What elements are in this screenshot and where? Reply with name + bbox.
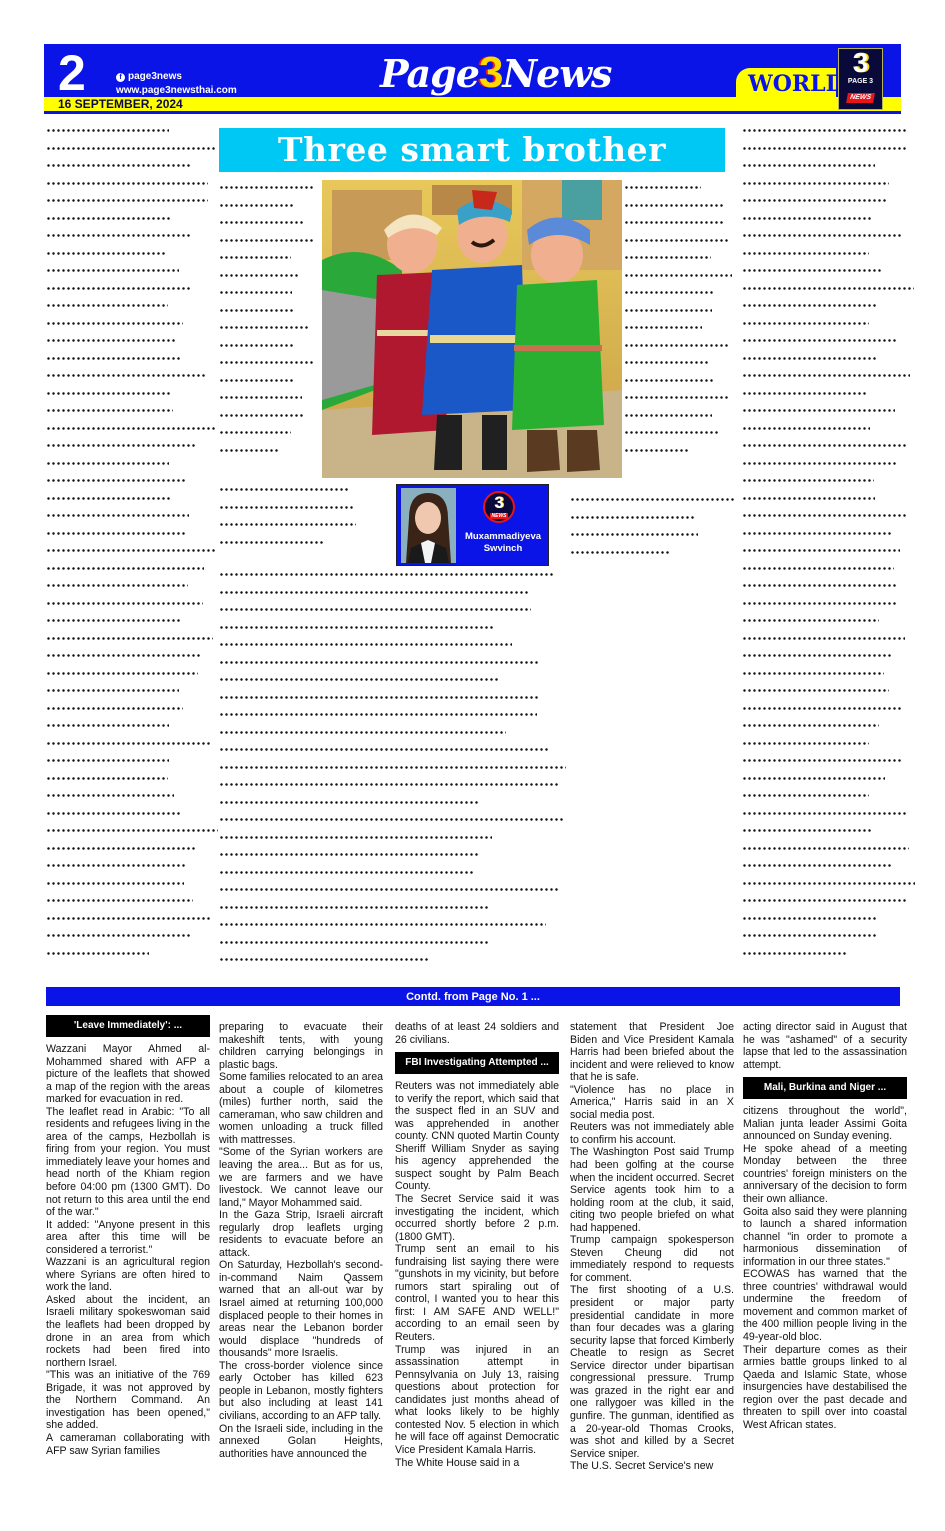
illegible-text-line — [46, 899, 193, 902]
page-number: 2 — [58, 46, 86, 100]
illegible-text-line — [219, 291, 292, 294]
subhead-mali-burkina-niger: Mali, Burkina and Niger ... — [743, 1077, 907, 1099]
illegible-text-line — [742, 217, 873, 220]
illegible-text-line — [742, 829, 873, 832]
paragraph: Wazzani Mayor Ahmed al-Mohammed shared w… — [46, 1043, 210, 1106]
illegible-text-line — [46, 654, 202, 657]
three-brothers-image — [322, 180, 622, 478]
illegible-text-line — [46, 584, 188, 587]
author-name-line2: Swvinch — [459, 543, 547, 555]
illegible-text-line — [46, 619, 182, 622]
illegible-text-line — [624, 396, 728, 399]
illegible-text-line — [742, 882, 915, 885]
illegible-text-line — [219, 731, 506, 734]
illegible-text-line — [624, 239, 730, 242]
illegible-text-line — [742, 269, 881, 272]
masthead: 2 fpage3news www.page3newsthai.com Page3… — [44, 44, 901, 114]
illegible-text-line — [624, 221, 725, 224]
illegible-text-line — [46, 567, 204, 570]
illegible-text-line — [742, 444, 907, 447]
illegible-text-line — [219, 783, 559, 786]
illegible-text-line — [46, 234, 190, 237]
paragraph: Wazzani is an agricultural region where … — [46, 1256, 210, 1294]
illegible-text-line — [742, 374, 910, 377]
illegible-text-line — [46, 952, 149, 955]
paragraph: Their departure comes as their armies ba… — [743, 1344, 907, 1432]
illegible-text-line — [46, 339, 177, 342]
illegible-text-line — [46, 304, 168, 307]
illegible-text-line — [742, 129, 907, 132]
paragraph: Trump was injured in an assassination at… — [395, 1344, 559, 1457]
illegible-text-line — [742, 899, 907, 902]
paragraph: Reuters was not immediately able to veri… — [395, 1080, 559, 1193]
illegible-text-line — [46, 777, 168, 780]
illegible-text-line — [742, 514, 908, 517]
illegible-text-line — [742, 339, 896, 342]
illegible-text-line — [46, 882, 184, 885]
illegible-text-line — [46, 164, 192, 167]
illegible-text-line — [46, 864, 187, 867]
illegible-text-column-2c — [219, 573, 569, 976]
paragraph: The U.S. Secret Service's new — [570, 1460, 734, 1473]
illegible-text-line — [46, 444, 197, 447]
paragraph: Trump campaign spokesperson Steven Cheun… — [570, 1234, 734, 1284]
page3-badge-logo: 3 PAGE 3 NEWS — [838, 48, 883, 110]
illegible-text-line — [46, 602, 203, 605]
illegible-text-column-1 — [46, 129, 218, 969]
illegible-text-line — [46, 129, 169, 132]
illegible-text-line — [624, 449, 690, 452]
illegible-text-line — [742, 322, 869, 325]
illegible-text-line — [219, 626, 495, 629]
badge-news-label: NEWS — [846, 93, 875, 103]
paragraph: It added: "Anyone present in this area a… — [46, 1219, 210, 1257]
paragraph: "This was an initiative of the 769 Briga… — [46, 1369, 210, 1432]
illegible-text-line — [219, 696, 539, 699]
social-links: fpage3news www.page3newsthai.com — [116, 70, 237, 98]
illegible-text-line — [46, 724, 169, 727]
paragraph: statement that President Joe Biden and V… — [570, 1021, 734, 1084]
illegible-text-line — [219, 379, 294, 382]
illegible-text-line — [219, 888, 560, 891]
illegible-text-line — [46, 829, 218, 832]
badge-page-label: PAGE 3 — [839, 77, 882, 86]
illegible-text-line — [742, 182, 889, 185]
illegible-text-line — [219, 801, 479, 804]
illegible-text-line — [742, 304, 876, 307]
illegible-text-line — [624, 431, 718, 434]
illegible-text-line — [46, 812, 180, 815]
illegible-text-line — [742, 689, 889, 692]
paragraph: In the Gaza Strip, Israeli aircraft regu… — [219, 1209, 383, 1259]
article-column-2: preparing to evacuate their makeshift te… — [219, 1021, 383, 1460]
illegible-text-line — [46, 479, 185, 482]
illegible-text-line — [219, 221, 305, 224]
feature-headline: Three smart brother — [278, 130, 666, 169]
logo-news-label: NEWS — [490, 513, 508, 519]
illegible-text-line — [219, 941, 490, 944]
illegible-text-line — [742, 497, 875, 500]
article-column-3: deaths of at least 24 soldiers and 26 ci… — [395, 1021, 559, 1469]
paragraph: ECOWAS has warned that the three countri… — [743, 1268, 907, 1343]
illegible-text-line — [219, 853, 480, 856]
paragraph: The Washington Post said Trump had been … — [570, 1146, 734, 1234]
illegible-text-line — [46, 707, 183, 710]
logo-number: 3 — [485, 493, 513, 513]
illegible-text-line — [742, 759, 902, 762]
article-column-4: statement that President Joe Biden and V… — [570, 1021, 734, 1473]
illegible-text-line — [219, 186, 315, 189]
illegible-text-line — [46, 759, 169, 762]
illegible-text-line — [742, 777, 885, 780]
illegible-text-line — [219, 506, 353, 509]
illegible-text-line — [46, 199, 208, 202]
paragraph: The first shooting of a U.S. president o… — [570, 1284, 734, 1460]
paragraph: Reuters was not immediately able to conf… — [570, 1121, 734, 1146]
logo-news: News — [502, 51, 611, 96]
continued-banner-text: Contd. from Page No. 1 ... — [406, 991, 540, 1003]
illegible-text-line — [46, 322, 183, 325]
illegible-text-line — [742, 479, 874, 482]
paragraph: deaths of at least 24 soldiers and 26 ci… — [395, 1021, 559, 1046]
illegible-text-line — [624, 274, 732, 277]
logo-three: 3 — [479, 48, 502, 97]
paragraph: He spoke ahead of a meeting Monday betwe… — [743, 1143, 907, 1206]
illegible-text-line — [742, 847, 909, 850]
illegible-text-line — [742, 812, 908, 815]
illegible-text-line — [219, 661, 540, 664]
illegible-text-line — [742, 654, 892, 657]
paragraph: acting director said in August that he w… — [743, 1021, 907, 1071]
illegible-text-line — [219, 204, 293, 207]
logo-page: Page — [380, 51, 479, 96]
illegible-text-line — [46, 462, 169, 465]
illegible-text-line — [624, 326, 702, 329]
illegible-text-line — [46, 689, 179, 692]
illegible-text-line — [742, 234, 902, 237]
illegible-text-line — [742, 409, 895, 412]
illegible-text-line — [219, 488, 348, 491]
illegible-text-line — [742, 742, 869, 745]
paragraph: On Saturday, Hezbollah's second-in-comma… — [219, 1259, 383, 1359]
paragraph: citizens throughout the world", Malian j… — [743, 1105, 907, 1143]
newspaper-logo: Page3News — [380, 50, 611, 97]
facebook-handle[interactable]: page3news — [128, 71, 182, 82]
paragraph: Goita also said they were planning to la… — [743, 1206, 907, 1269]
illegible-text-line — [46, 357, 180, 360]
subhead-leave-immediately: 'Leave Immediately': ... — [46, 1015, 210, 1037]
illegible-text-line — [624, 344, 730, 347]
illegible-text-line — [46, 532, 186, 535]
illegible-text-line — [219, 449, 279, 452]
issue-date: 16 SEPTEMBER, 2024 — [58, 97, 183, 111]
illegible-text-line — [624, 186, 701, 189]
illegible-text-line — [624, 309, 712, 312]
illegible-text-line — [624, 256, 711, 259]
illegible-text-line — [219, 573, 555, 576]
illegible-text-line — [219, 256, 291, 259]
illegible-text-line — [46, 409, 173, 412]
paragraph: The leaflet read in Arabic: "To all resi… — [46, 1106, 210, 1219]
section-label: WORLD — [748, 70, 845, 98]
illegible-text-column-4 — [742, 129, 918, 969]
illegible-text-line — [219, 678, 499, 681]
illegible-text-line — [219, 906, 488, 909]
illegible-text-line — [46, 497, 170, 500]
illegible-text-line — [742, 199, 886, 202]
illegible-text-line — [742, 672, 884, 675]
illegible-text-line — [46, 794, 174, 797]
illegible-text-line — [570, 498, 734, 501]
illegible-text-line — [46, 934, 192, 937]
author-photo — [401, 488, 456, 563]
illegible-text-line — [46, 392, 172, 395]
illegible-text-line — [742, 427, 870, 430]
paragraph: The cross-border violence since early Oc… — [219, 1360, 383, 1423]
illegible-text-line — [46, 917, 211, 920]
date-bar: 16 SEPTEMBER, 2024 — [44, 97, 901, 111]
illegible-text-line — [219, 591, 528, 594]
illegible-text-line — [46, 147, 217, 150]
illegible-text-line — [219, 361, 314, 364]
illegible-text-line — [742, 584, 896, 587]
badge-number: 3 — [839, 49, 882, 77]
illegible-text-line — [742, 602, 898, 605]
illegible-text-column-3a — [624, 186, 734, 466]
feature-headline-banner: Three smart brother — [219, 128, 725, 172]
illegible-text-line — [219, 344, 294, 347]
paragraph: Trump sent an email to his fundraising l… — [395, 1243, 559, 1343]
illegible-text-line — [742, 147, 906, 150]
illegible-text-line — [219, 766, 566, 769]
website-link[interactable]: www.page3newsthai.com — [116, 84, 237, 98]
illegible-text-line — [570, 516, 696, 519]
illegible-text-line — [46, 672, 198, 675]
illegible-text-line — [624, 204, 723, 207]
illegible-text-line — [624, 291, 713, 294]
illegible-text-line — [742, 252, 869, 255]
feature-illustration — [322, 180, 622, 478]
illegible-text-line — [742, 567, 894, 570]
illegible-text-line — [742, 532, 893, 535]
illegible-text-line — [46, 514, 189, 517]
paragraph: A cameraman collaborating with AFP saw S… — [46, 1432, 210, 1457]
illegible-text-line — [219, 643, 512, 646]
illegible-text-line — [742, 934, 877, 937]
illegible-text-line — [219, 748, 549, 751]
illegible-text-line — [219, 713, 537, 716]
author-name-line1: Muxammadiyeva — [459, 531, 547, 543]
illegible-text-column-2a — [219, 186, 319, 466]
illegible-text-line — [742, 392, 868, 395]
illegible-text-line — [46, 269, 179, 272]
illegible-text-line — [46, 549, 217, 552]
illegible-text-line — [742, 164, 875, 167]
illegible-text-line — [570, 551, 671, 554]
section-tab: WORLD — [736, 68, 836, 99]
illegible-text-line — [219, 309, 294, 312]
paragraph: The White House said in a — [395, 1457, 559, 1470]
illegible-text-line — [219, 541, 323, 544]
illegible-text-line — [742, 549, 900, 552]
subhead-fbi-investigating: FBI Investigating Attempted ... — [395, 1052, 559, 1074]
illegible-text-column-3b — [570, 498, 738, 568]
illegible-text-line — [219, 818, 565, 821]
illegible-text-column-2b — [219, 488, 393, 558]
illegible-text-line — [219, 274, 298, 277]
illegible-text-line — [742, 952, 848, 955]
illegible-text-line — [219, 326, 310, 329]
illegible-text-line — [219, 239, 313, 242]
illegible-text-line — [742, 794, 869, 797]
illegible-text-line — [624, 414, 712, 417]
paragraph: On the Israeli side, including in the an… — [219, 1423, 383, 1461]
illegible-text-line — [46, 252, 167, 255]
illegible-text-line — [219, 958, 429, 961]
illegible-text-line — [219, 396, 302, 399]
illegible-text-line — [742, 864, 893, 867]
illegible-text-line — [742, 357, 878, 360]
illegible-text-line — [46, 374, 205, 377]
illegible-text-line — [742, 619, 879, 622]
illegible-text-line — [219, 871, 474, 874]
illegible-text-line — [219, 608, 531, 611]
illegible-text-line — [46, 287, 190, 290]
author-name: Muxammadiyeva Swvinch — [459, 531, 547, 555]
illegible-text-line — [219, 414, 305, 417]
paragraph: Asked about the incident, an Israeli mil… — [46, 1294, 210, 1369]
continued-banner: Contd. from Page No. 1 ... — [46, 987, 900, 1006]
paragraph: "Some of the Syrian workers are leaving … — [219, 1146, 383, 1209]
article-column-1: 'Leave Immediately': ... Wazzani Mayor A… — [46, 1020, 210, 1457]
illegible-text-line — [742, 462, 898, 465]
illegible-text-line — [624, 361, 708, 364]
illegible-text-line — [219, 431, 291, 434]
illegible-text-line — [219, 836, 492, 839]
paragraph: "Violence has no place in America," Harr… — [570, 1084, 734, 1122]
illegible-text-line — [624, 379, 714, 382]
illegible-text-line — [46, 217, 172, 220]
paragraph: Some families relocated to an area about… — [219, 1071, 383, 1146]
author-byline-box: 3 NEWS Muxammadiyeva Swvinch — [396, 484, 549, 566]
illegible-text-line — [742, 287, 914, 290]
illegible-text-line — [46, 742, 210, 745]
paragraph: The Secret Service said it was investiga… — [395, 1193, 559, 1243]
illegible-text-line — [742, 637, 905, 640]
illegible-text-line — [219, 923, 546, 926]
illegible-text-line — [219, 523, 356, 526]
illegible-text-line — [46, 847, 196, 850]
illegible-text-line — [742, 707, 903, 710]
illegible-text-line — [570, 533, 698, 536]
illegible-text-line — [46, 182, 208, 185]
illegible-text-line — [742, 917, 878, 920]
illegible-text-line — [46, 427, 216, 430]
illegible-text-line — [742, 724, 879, 727]
facebook-icon: f — [116, 73, 125, 82]
paragraph: preparing to evacuate their makeshift te… — [219, 1021, 383, 1071]
illegible-text-line — [46, 637, 213, 640]
page3-news-logo: 3 NEWS — [483, 491, 515, 523]
article-column-5: acting director said in August that he w… — [743, 1021, 907, 1431]
